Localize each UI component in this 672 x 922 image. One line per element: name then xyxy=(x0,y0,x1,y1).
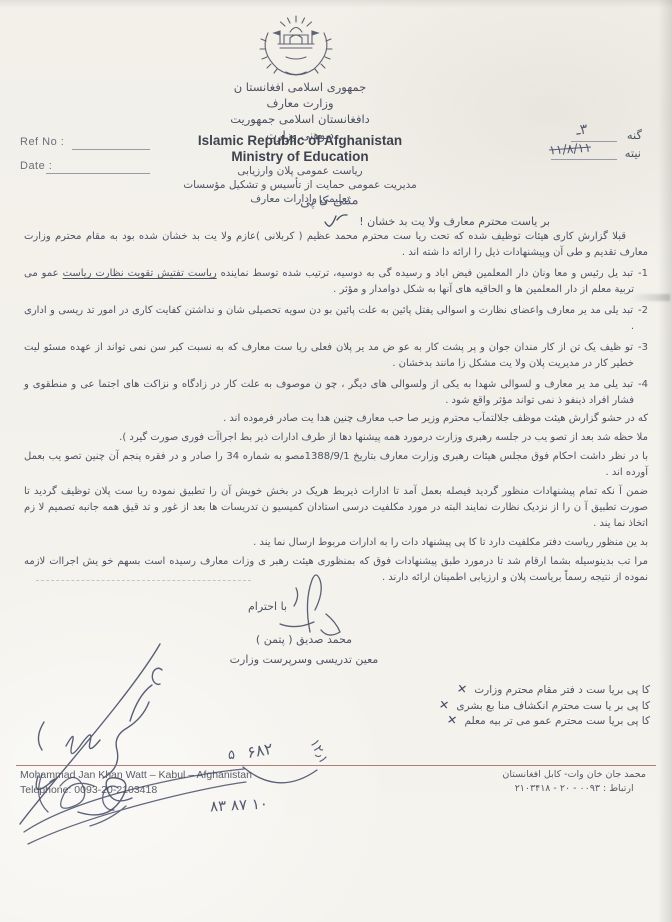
number-label-pashto: گنه xyxy=(627,128,642,142)
handwritten-copy-note: مثنی کا پی xyxy=(300,193,359,210)
scan-smear xyxy=(630,294,670,301)
distribution-item: کا پی بر یا ست محترم انکشاف منا بع بشری✕ xyxy=(439,698,650,714)
item-number: 1- xyxy=(638,268,648,279)
paragraph-text: قبلا گزارش کاری هیئات توظیف شده که تحت ر… xyxy=(24,231,648,258)
distribution-item: کا پی بریا ست محترم عمو می تر بیه معلم✕ xyxy=(439,713,650,729)
ref-no-label: Ref No : xyxy=(20,136,64,148)
body-paragraph: که در حشو گزارش هیئت موظف جلالتمآب محترم… xyxy=(24,411,648,427)
header-title-en: Islamic Republic of Afghanistan xyxy=(120,133,480,149)
date-label-pashto: نیته xyxy=(625,146,641,160)
date-label: Date : xyxy=(20,160,52,172)
signatory-block: محمد صدیق ( پتمن ) معین تدریسی وسرپرست و… xyxy=(192,630,416,670)
body-paragraph: ضمن آ نکه تمام پیشنهادات منظور گردید فیص… xyxy=(24,484,648,532)
footer-phone-fa: ارتباط : ۰۰۹۳ - ۲۰ - ۲۱۰۳۴۱۸ xyxy=(502,782,646,796)
paragraph-text: ضمن آ نکه تمام پیشنهادات منظور گردید فیص… xyxy=(24,486,648,529)
header-title-fa: وزارت معارف xyxy=(120,95,480,111)
distribution-label: کا پی بریا ست محترم عمو می تر بیه معلم xyxy=(465,715,650,727)
handwritten-curve xyxy=(238,762,322,794)
x-mark-icon: ✕ xyxy=(447,712,459,728)
numbered-item: 1-تبد یل رئیس و معا ونان دار المعلمین فی… xyxy=(24,266,648,298)
paragraph-text: با در نظر داشت احکام فوق مجلس هیئات رهبر… xyxy=(24,451,648,478)
numbered-item: 4-تبد یلی مد یر معارف و لسوالی شهدا به ی… xyxy=(24,377,648,409)
paragraph-text: ریاست تفتیش تقویت نظارت ریاست xyxy=(63,268,217,279)
signatory-title: معین تدریسی وسرپرست وزارت xyxy=(192,650,416,670)
national-emblem-icon xyxy=(253,13,339,77)
x-mark-icon: ✕ xyxy=(438,697,450,713)
header-subtitle-fa: مدیریت عمومی حمایت از تأسیس و تشکیل مؤسس… xyxy=(106,178,494,192)
header-title-en: Ministry of Education xyxy=(120,149,480,165)
item-number: 4- xyxy=(638,379,648,390)
handwritten-number-682: ۶۸۲ xyxy=(246,739,275,762)
paragraph-text: تبد یلی مد یر معارف واعضای نظارت و اسوال… xyxy=(24,305,634,332)
distribution-list: کا پی بریا ست د فتر مقام محترم وزارت✕کا … xyxy=(439,682,650,729)
numbered-item: 2-تبد یلی مد یر معارف واعضای نظارت و اسو… xyxy=(24,303,648,335)
header-subtitle-fa: ریاست عمومی پلان وارزیابی xyxy=(106,164,494,178)
signatory-name: محمد صدیق ( پتمن ) xyxy=(192,630,416,650)
footer-address-fa: محمد جان خان وات- کابل افغانستان xyxy=(502,768,646,782)
checkmark-icon xyxy=(324,213,348,229)
ref-no-line xyxy=(72,149,150,150)
body-paragraph: قبلا گزارش کاری هیئات توظیف شده که تحت ر… xyxy=(24,229,648,261)
item-number: 2- xyxy=(638,305,648,316)
body-paragraph: ملا حظه شد بعد از تصو یب در جلسه رهبری و… xyxy=(24,430,648,446)
item-number: 3- xyxy=(638,342,648,353)
paragraph-text: بد ین منظور ریاست دفتر مکلفیت دارد تا کا… xyxy=(253,537,648,548)
distribution-label: کا پی بر یا ست محترم انکشاف منا بع بشری xyxy=(456,700,650,712)
salutation-row: بر یاست محترم معارف ولا یت بد خشان ! xyxy=(316,213,550,229)
date-line-pashto xyxy=(551,159,617,160)
date-line xyxy=(46,173,150,174)
distribution-item: کا پی بریا ست د فتر مقام محترم وزارت✕ xyxy=(439,682,650,698)
header-title-fa: دافغانستان اسلامی جمهوریت xyxy=(120,111,480,127)
scanned-letter-page: جمهوری اسلامی افغانستا نوزارت معارفدافغا… xyxy=(0,0,672,922)
numbered-item: 3-تو ظیف یک تن از کار مندان جوان و پر پش… xyxy=(24,340,648,372)
paragraph-text: ملا حظه شد بعد از تصو یب در جلسه رهبری و… xyxy=(119,432,648,443)
handwritten-scribble-bottom xyxy=(18,766,250,854)
letter-body: قبلا گزارش کاری هیئات توظیف شده که تحت ر… xyxy=(24,229,648,589)
footer-dari: محمد جان خان وات- کابل افغانستان ارتباط … xyxy=(502,768,646,796)
body-paragraph: با در نظر داشت احکام فوق مجلس هیئات رهبر… xyxy=(24,449,648,481)
handwritten-number: ۳ـ xyxy=(575,121,589,138)
paragraph-text: تبد یلی مد یر معارف و لسوالی شهدا به یکی… xyxy=(24,379,634,406)
x-mark-icon: ✕ xyxy=(456,681,468,697)
paragraph-text: که در حشو گزارش هیئت موظف جلالتمآب محترم… xyxy=(223,413,648,424)
scan-artifact-dashes xyxy=(36,580,251,581)
salutation-text: بر یاست محترم معارف ولا یت بد خشان ! xyxy=(359,215,550,228)
paragraph-text: تبد یل رئیس و معا ونان دار المعلمین فیض … xyxy=(217,268,633,279)
handwritten-date: ۱۱/۸/۱۱ xyxy=(549,140,592,158)
body-paragraph: بد ین منظور ریاست دفتر مکلفیت دارد تا کا… xyxy=(24,535,648,551)
header-titles-en: Islamic Republic of AfghanistanMinistry … xyxy=(120,133,480,164)
handwritten-number-5: ۵ xyxy=(228,748,235,763)
distribution-label: کا پی بریا ست د فتر مقام محترم وزارت xyxy=(474,684,650,696)
paragraph-text: تو ظیف یک تن از کار مندان جوان و پر پشت … xyxy=(24,342,634,369)
header-title-fa: جمهوری اسلامی افغانستا ن xyxy=(120,79,480,95)
